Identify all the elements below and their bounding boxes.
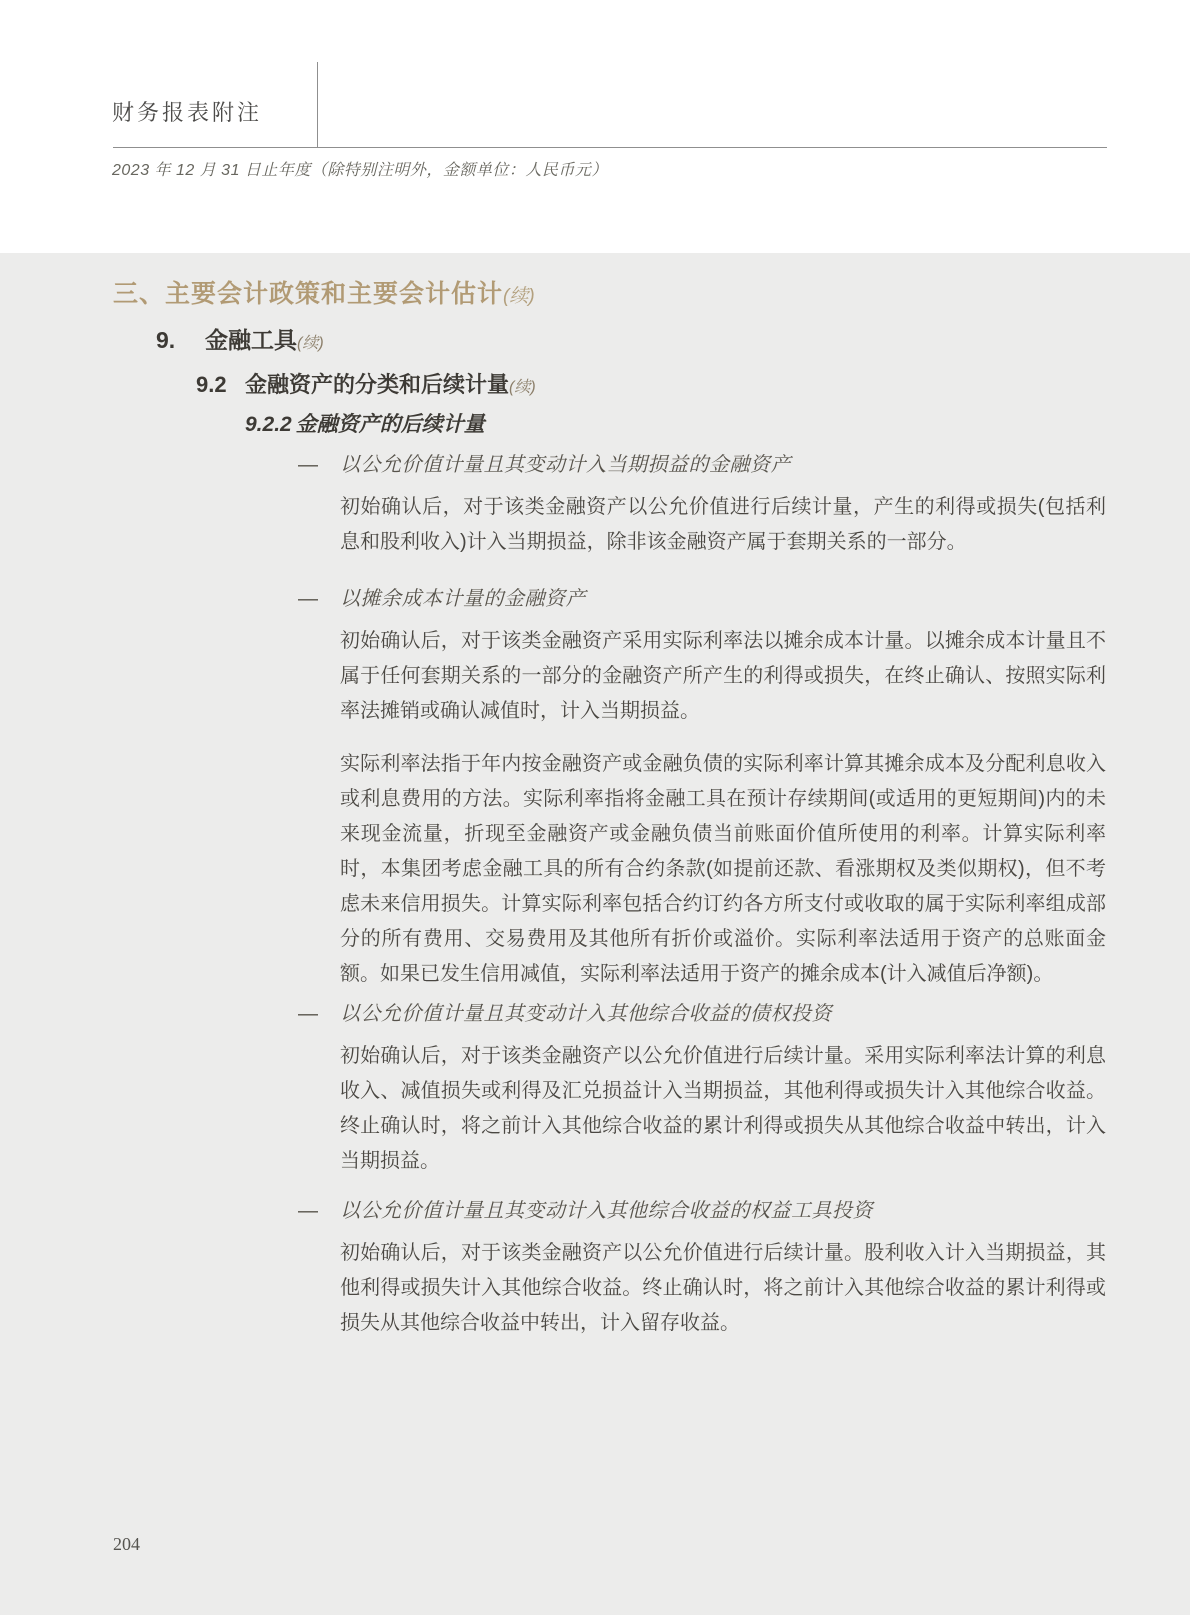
heading-9-2-2-number: 9.2.2 — [245, 413, 292, 436]
heading-9-2-2: 9.2.2金融资产的后续计量 — [245, 408, 485, 438]
paragraph-amortised-cost-measurement: 初始确认后，对于该类金融资产采用实际利率法以摊余成本计量。以摊余成本计量且不属于… — [340, 624, 1106, 729]
heading-9-2: 9.2金融资产的分类和后续计量(续) — [196, 368, 536, 399]
dash-bullet-marker: — — [298, 1200, 340, 1223]
page-number: 204 — [113, 1534, 140, 1555]
header-horizontal-rule — [113, 147, 1107, 148]
bullet-heading-text: 以公允价值计量且其变动计入其他综合收益的权益工具投资 — [340, 1200, 873, 1222]
heading-9-2-continued-mark: (续) — [509, 379, 536, 396]
paragraph-effective-interest-method: 实际利率法指于年内按金融资产或金融负债的实际利率计算其摊余成本及分配利息收入或利… — [340, 747, 1106, 992]
heading-9-number: 9. — [156, 327, 205, 354]
paragraph-fvoci-debt-investments: 初始确认后，对于该类金融资产以公允价值进行后续计量。采用实际利率法计算的利息收入… — [340, 1039, 1106, 1179]
section-title-continued-mark: (续) — [503, 286, 535, 307]
heading-9-2-2-text: 金融资产的后续计量 — [296, 413, 485, 436]
reporting-period-line: 2023 年 12 月 31 日止年度（除特别注明外，金额单位：人民币元） — [112, 157, 608, 180]
section-title: 三、主要会计政策和主要会计估计(续) — [113, 274, 535, 310]
heading-9-continued-mark: (续) — [297, 335, 324, 352]
bullet-heading-text: 以公允价值计量且其变动计入当期损益的金融资产 — [340, 454, 791, 476]
bullet-heading-fvtpl-assets: —以公允价值计量且其变动计入当期损益的金融资产 — [298, 448, 1106, 477]
dash-bullet-marker: — — [298, 454, 340, 477]
heading-9-text: 金融工具 — [205, 327, 297, 353]
bullet-heading-fvoci-equity-investments: —以公允价值计量且其变动计入其他综合收益的权益工具投资 — [298, 1194, 1106, 1223]
bullet-heading-text: 以摊余成本计量的金融资产 — [340, 588, 586, 610]
section-title-text: 三、主要会计政策和主要会计估计 — [113, 280, 503, 308]
paragraph-fvoci-equity-investments: 初始确认后，对于该类金融资产以公允价值进行后续计量。股利收入计入当期损益，其他利… — [340, 1236, 1106, 1341]
header-vertical-divider — [317, 62, 318, 148]
report-header-title: 财务报表附注 — [112, 96, 262, 127]
bullet-heading-fvoci-debt-investments: —以公允价值计量且其变动计入其他综合收益的债权投资 — [298, 997, 1106, 1026]
heading-9-2-text: 金融资产的分类和后续计量 — [245, 372, 509, 397]
heading-9: 9.金融工具(续) — [156, 322, 324, 355]
heading-9-2-number: 9.2 — [196, 372, 245, 398]
document-page: 财务报表附注 2023 年 12 月 31 日止年度（除特别注明外，金额单位：人… — [0, 0, 1190, 1615]
dash-bullet-marker: — — [298, 1003, 340, 1026]
bullet-heading-amortised-cost-assets: —以摊余成本计量的金融资产 — [298, 582, 1106, 611]
bullet-heading-text: 以公允价值计量且其变动计入其他综合收益的债权投资 — [340, 1003, 832, 1025]
paragraph-fvtpl-assets: 初始确认后，对于该类金融资产以公允价值进行后续计量，产生的利得或损失(包括利息和… — [340, 490, 1106, 560]
dash-bullet-marker: — — [298, 588, 340, 611]
